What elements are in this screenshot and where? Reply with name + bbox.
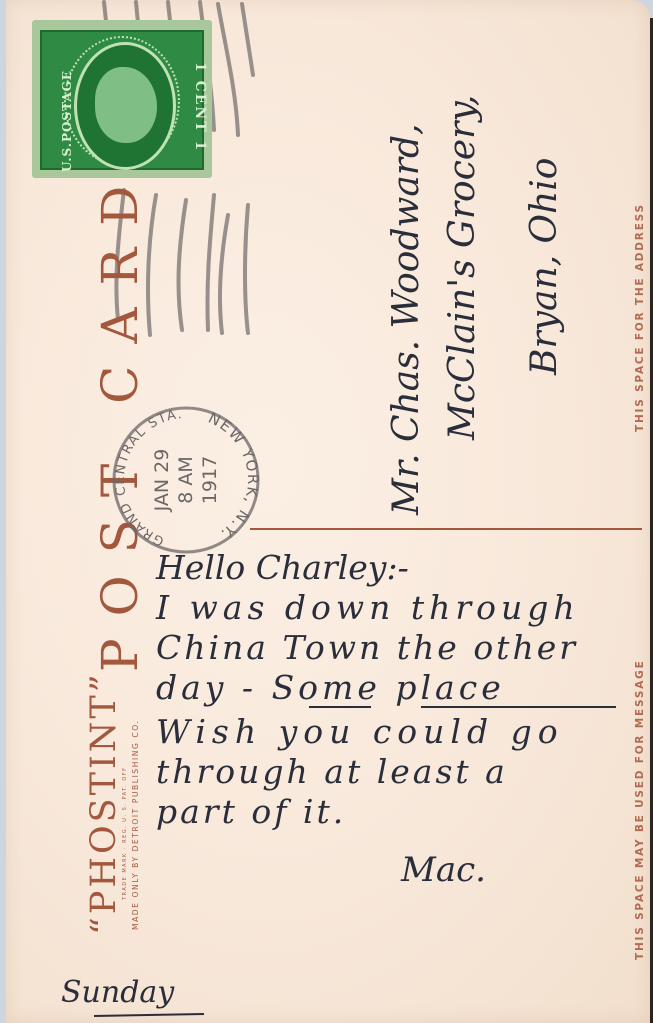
message-line: day - Some place — [156, 668, 505, 707]
phostint-brand: “PHOSTINT” — [84, 671, 124, 935]
message-line: part of it. — [156, 792, 346, 831]
postmark-date: JAN 29 — [151, 449, 173, 513]
underline-sunday — [94, 1013, 204, 1017]
message-line: through at least a — [156, 752, 508, 791]
address-space-label: THIS SPACE FOR THE ADDRESS — [634, 203, 646, 432]
message-line: China Town the other — [156, 628, 578, 667]
postmark: NEW YORK, N.Y. GRAND CENTRAL STA. JAN 29… — [106, 400, 266, 560]
message-space-label: THIS SPACE MAY BE USED FOR MESSAGE — [634, 659, 646, 960]
underline-place — [421, 706, 616, 708]
publisher-note: MADE ONLY BY DETROIT PUBLISHING CO. — [131, 720, 140, 930]
address-line-business: McClain's Grocery, — [442, 95, 483, 440]
stamp-value-text: 1 CENT 1 — [192, 62, 208, 152]
postage-stamp: U.S.POSTAGE 1 CENT 1 — [32, 20, 212, 178]
message-line: Wish you could go — [156, 712, 564, 751]
address-line-city: Bryan, Ohio — [524, 158, 565, 375]
trademark-note: TRADE MARK · REG. U. S. PAT. OFF — [122, 766, 128, 900]
postmark-year: 1917 — [199, 456, 221, 504]
stamp-frame: U.S.POSTAGE 1 CENT 1 — [40, 30, 204, 170]
stamp-portrait-oval — [74, 42, 176, 170]
address-line-name: Mr. Chas. Woodward, — [386, 124, 427, 515]
message-line: I was down through — [156, 588, 580, 627]
postcard-back: U.S.POSTAGE 1 CENT 1 POST CARD “PHOSTINT… — [6, 0, 650, 1023]
footer-note-day: Sunday — [61, 975, 174, 1010]
underline-same — [309, 706, 371, 708]
washington-portrait-icon — [95, 67, 157, 143]
address-message-divider — [250, 528, 642, 530]
stamp-us-postage-text: U.S.POSTAGE — [60, 70, 74, 172]
message-line: Hello Charley:- — [156, 548, 409, 587]
postmark-time: 8 AM — [175, 456, 197, 504]
signature: Mac. — [401, 850, 486, 890]
